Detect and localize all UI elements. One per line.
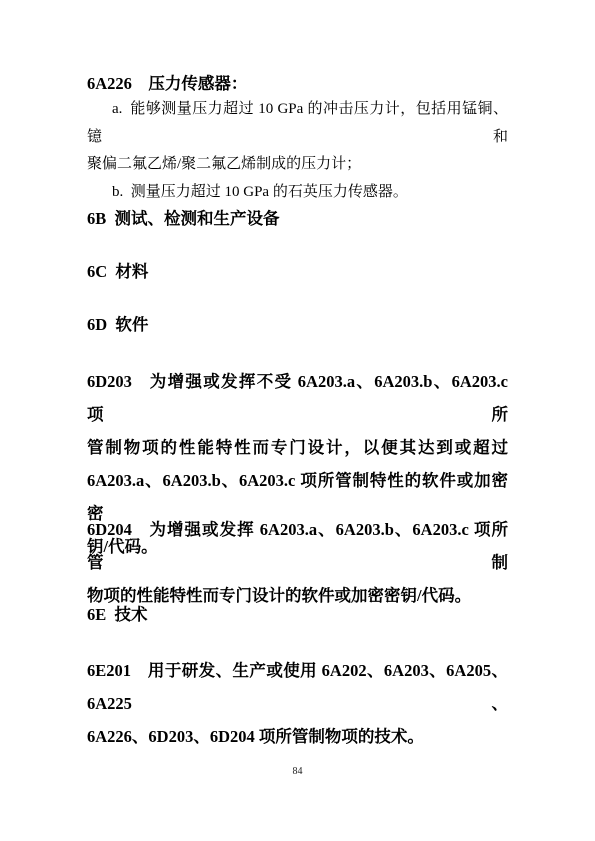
section-heading-6c: 6C 材料 xyxy=(87,262,508,282)
item-6a226-heading: 6A226 压力传感器： xyxy=(87,74,508,94)
section-heading-6e: 6E 技术 xyxy=(87,605,508,625)
item-6d203-line1: 6D203 为增强或发挥不受 6A203.a、6A203.b、6A203.c 项… xyxy=(87,365,508,431)
document-page: 6A226 压力传感器： a. 能够测量压力超过 10 GPa 的冲击压力计，包… xyxy=(0,0,595,841)
item-6a226-para-a-line1: a. 能够测量压力超过 10 GPa 的冲击压力计，包括用锰铜、镱和 xyxy=(87,96,508,151)
item-6d204-para: 6D204 为增强或发挥 6A203.a、6A203.b、6A203.c 项所管… xyxy=(87,513,508,612)
item-6a226-body: a. 能够测量压力超过 10 GPa 的冲击压力计，包括用锰铜、镱和 聚偏二氟乙… xyxy=(87,96,508,206)
item-6a226-para-a-line2: 聚偏二氟乙烯/聚二氟乙烯制成的压力计； xyxy=(87,151,508,179)
section-heading-6d: 6D 软件 xyxy=(87,315,508,335)
item-6d203-line2: 管制物项的性能特性而专门设计，以便其达到或超过 xyxy=(87,431,508,464)
item-6e201-line2: 6A226、6D203、6D204 项所管制物项的技术。 xyxy=(87,720,508,753)
item-6e201-para: 6E201 用于研发、生产或使用 6A202、6A203、6A205、6A225… xyxy=(87,654,508,753)
item-6a226-para-b: b. 测量压力超过 10 GPa 的石英压力传感器。 xyxy=(87,179,508,207)
item-6d204-line1: 6D204 为增强或发挥 6A203.a、6A203.b、6A203.c 项所管… xyxy=(87,513,508,579)
item-6e201-line1: 6E201 用于研发、生产或使用 6A202、6A203、6A205、6A225… xyxy=(87,654,508,720)
section-heading-6b: 6B 测试、检测和生产设备 xyxy=(87,209,508,229)
page-number: 84 xyxy=(0,766,595,777)
